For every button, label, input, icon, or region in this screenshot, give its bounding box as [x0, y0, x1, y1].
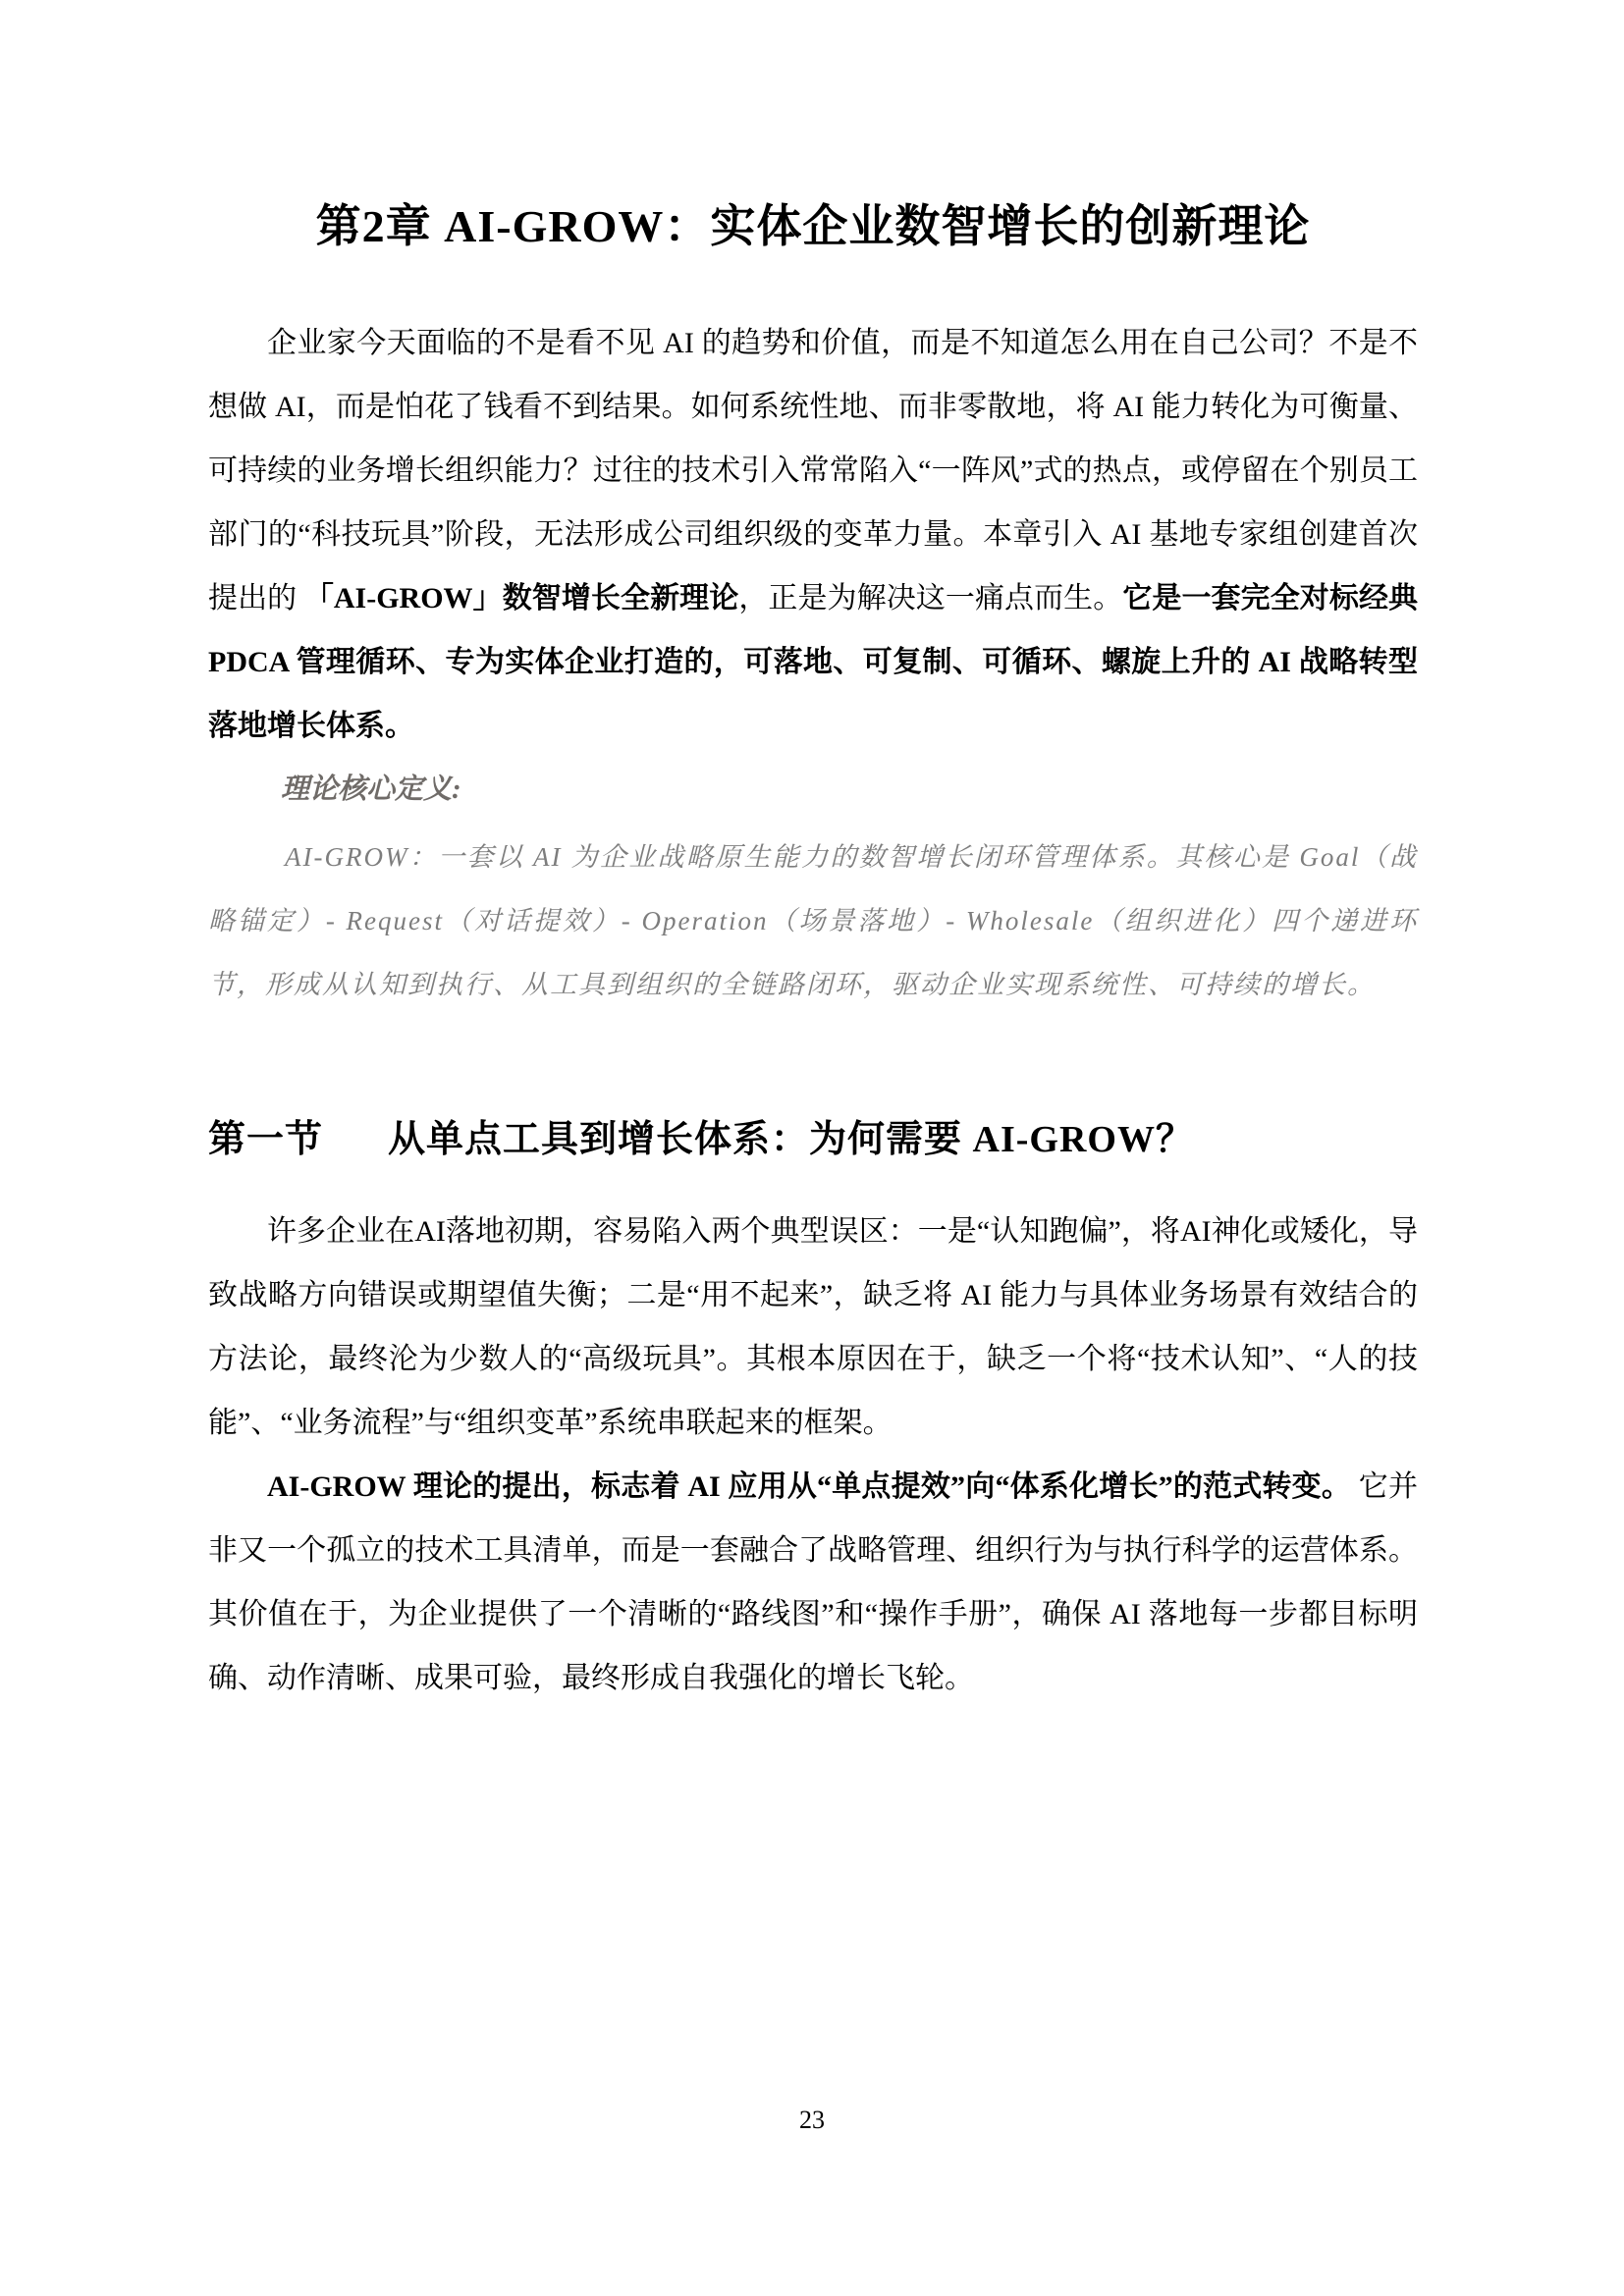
definition-paragraph: AI-GROW：一套以 AI 为企业战略原生能力的数智增长闭环管理体系。其核心是…: [208, 826, 1418, 1017]
section-number: 第一节: [208, 1119, 323, 1160]
section-heading: 第一节从单点工具到增长体系：为何需要 AI-GROW？: [208, 1105, 1418, 1174]
section-paragraph-2-bold-run: AI-GROW 理论的提出，标志着 AI 应用从“单点提效”向“体系化增长”的范…: [267, 1470, 1351, 1503]
intro-paragraph: 企业家今天面临的不是看不见 AI 的趋势和价值，而是不知道怎么用在自己公司？不是…: [208, 311, 1418, 758]
intro-run-regular-1: 企业家今天面临的不是看不见 AI 的趋势和价值，而是不知道怎么用在自己公司？不是…: [208, 327, 1418, 614]
section-paragraph-1: 许多企业在AI落地初期，容易陷入两个典型误区：一是“认知跑偏”，将AI神化或矮化…: [208, 1200, 1418, 1455]
intro-run-bold-theory-name: 「AI-GROW」数智增长全新理论: [304, 582, 739, 614]
section-paragraph-2-regular-run: 它并非又一个孤立的技术工具清单，而是一套融合了战略管理、组织行为与执行科学的运营…: [208, 1470, 1418, 1694]
section-paragraph-2: AI-GROW 理论的提出，标志着 AI 应用从“单点提效”向“体系化增长”的范…: [208, 1455, 1418, 1710]
page-number: 23: [0, 2104, 1624, 2137]
definition-label: 理论核心定义:: [208, 758, 1418, 822]
section-title: 从单点工具到增长体系：为何需要 AI-GROW？: [388, 1119, 1194, 1160]
intro-run-regular-2: ，正是为解决这一痛点而生。: [738, 582, 1122, 614]
chapter-title: 第2章 AI-GROW：实体企业数智增长的创新理论: [208, 199, 1418, 254]
document-page: 第2章 AI-GROW：实体企业数智增长的创新理论 企业家今天面临的不是看不见 …: [0, 0, 1624, 2296]
